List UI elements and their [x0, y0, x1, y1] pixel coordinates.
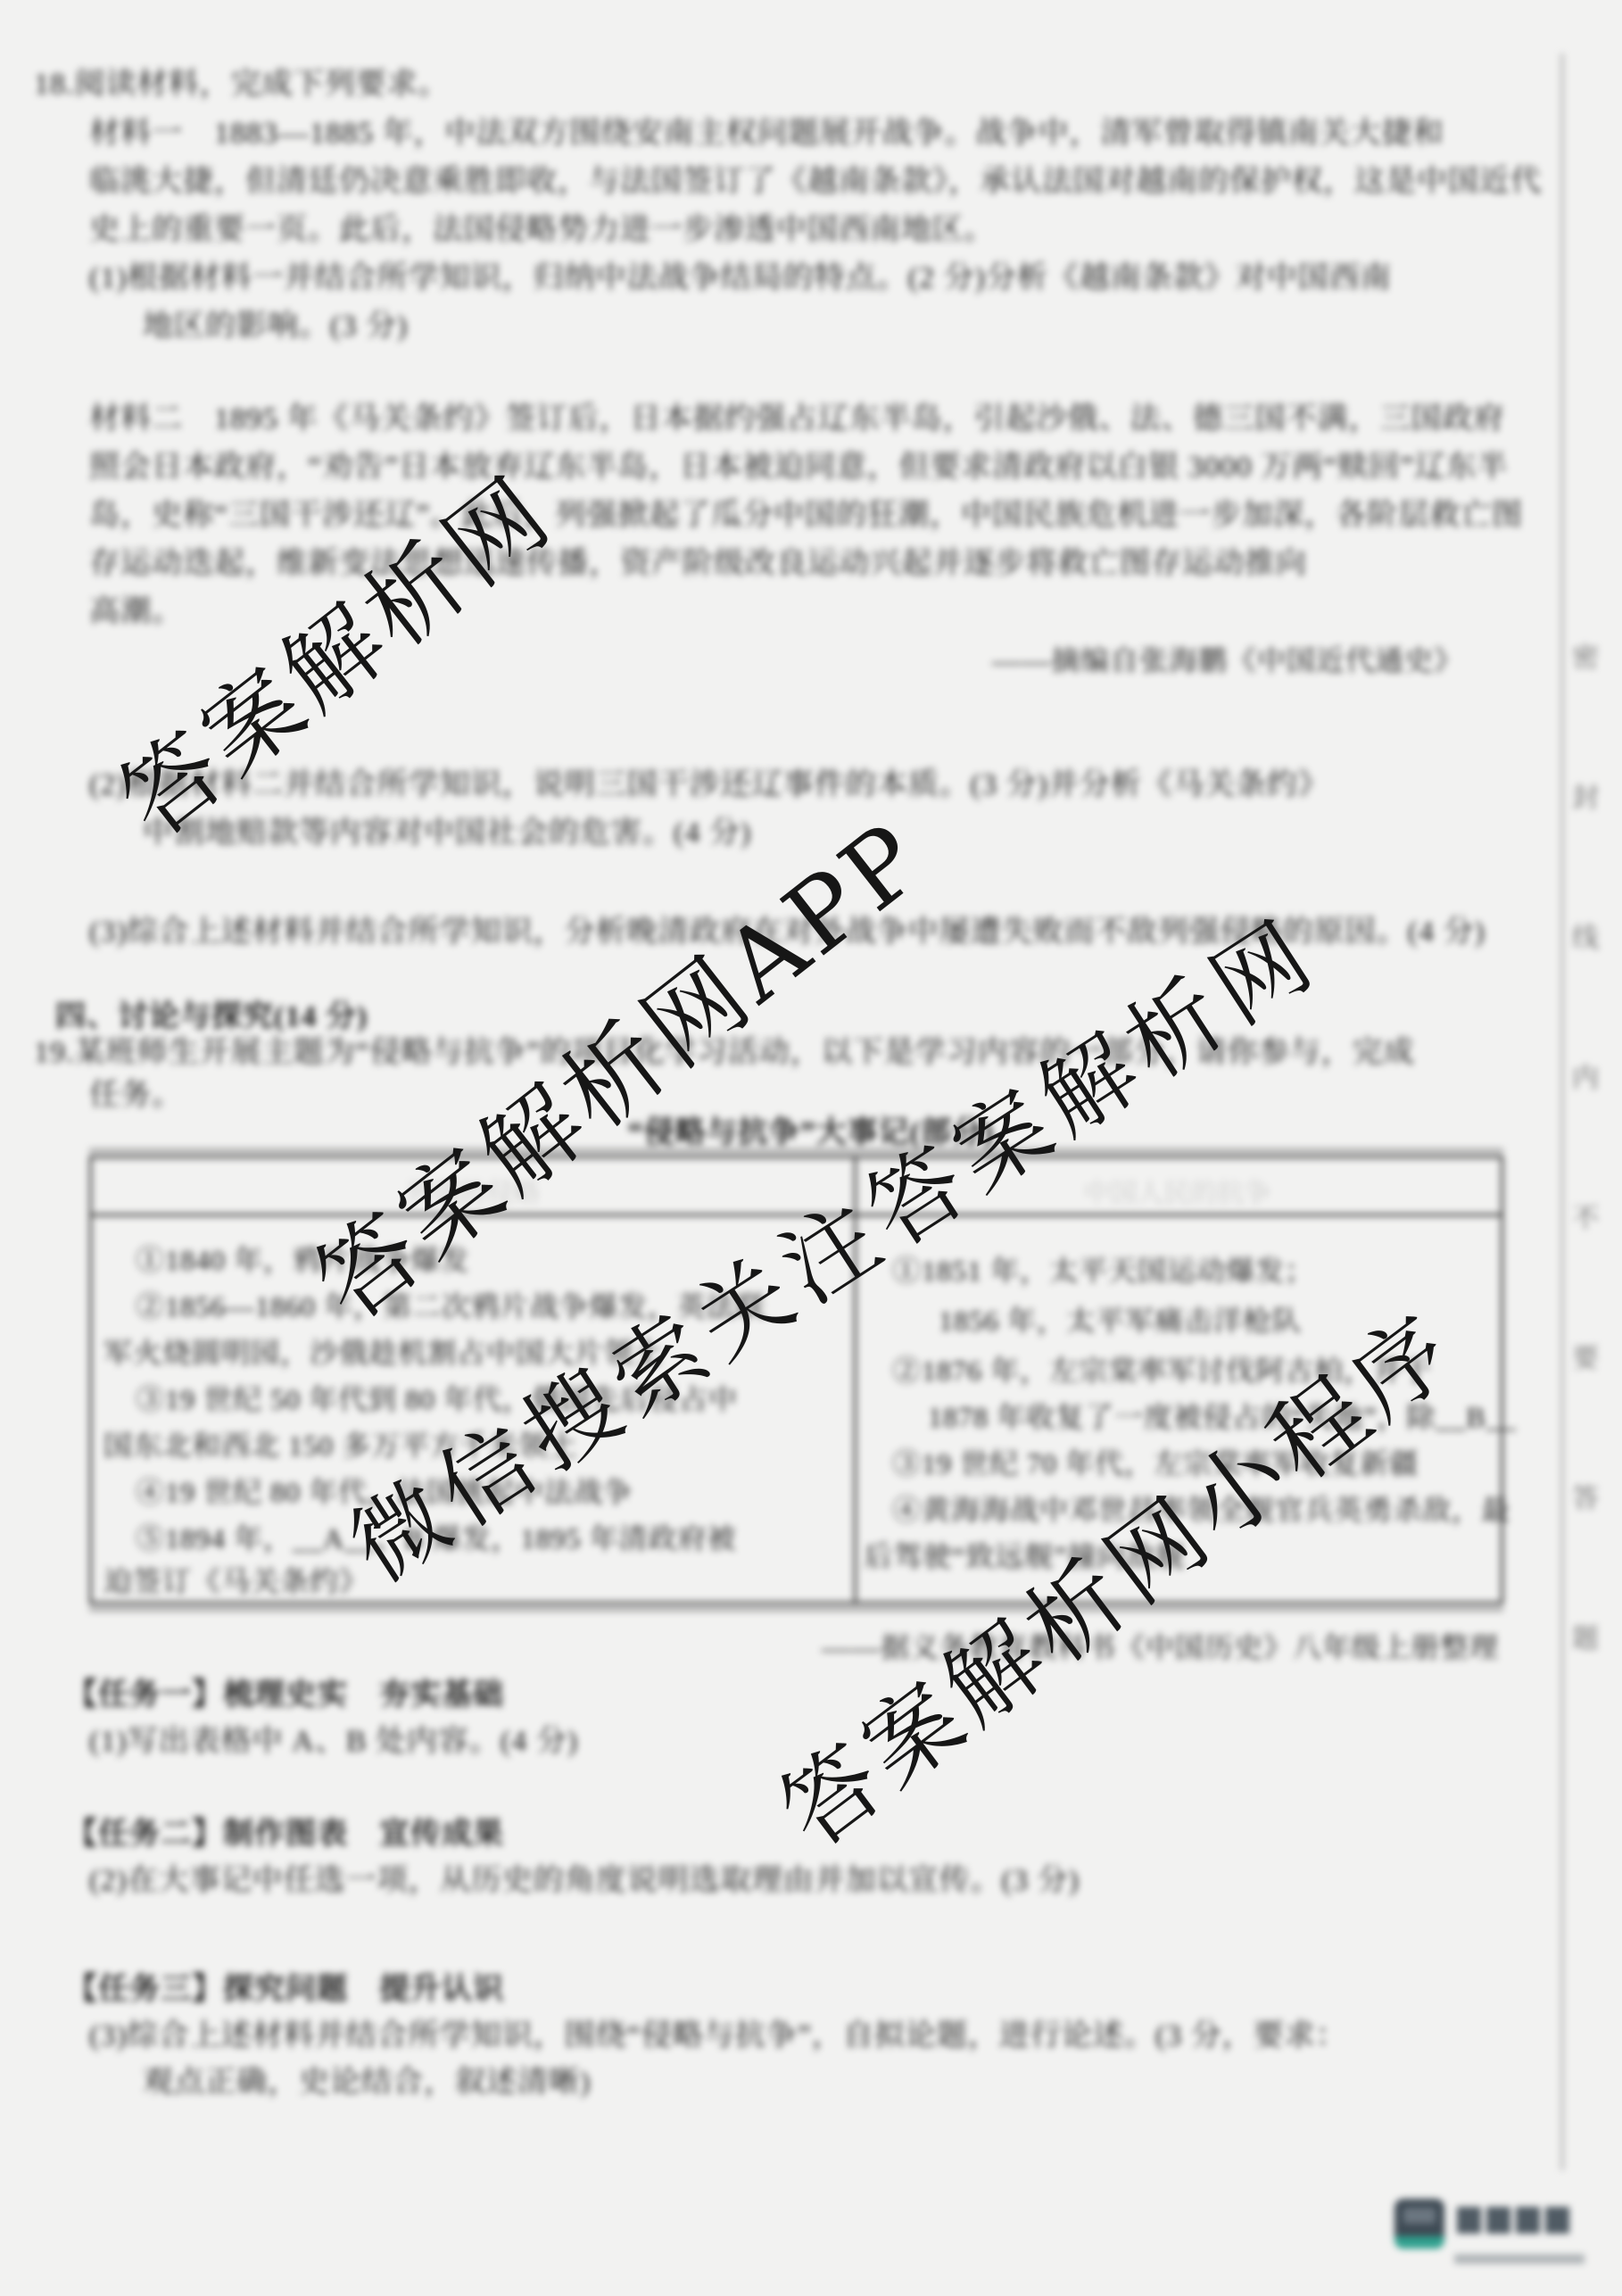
question-18-1: (1)根据材料一并结合所学知识，归纳中法战争结局的特点。(2 分)分析《越南条款… — [89, 261, 1392, 296]
binding-mark: 封 — [1572, 775, 1610, 815]
binding-mark: 题 — [1572, 1616, 1610, 1655]
table-row: 迫签订《马关条约》 — [103, 1563, 368, 1599]
binding-mark: 不 — [1572, 1196, 1610, 1235]
footer-logo-icon-glyph — [1403, 2208, 1436, 2224]
table-row: ①1851 年，太平天国运动爆发； — [892, 1253, 1314, 1289]
material2-line: 材料二 1895 年《马关条约》签订后，日本据约强占辽东半岛，引起沙俄、法、德三… — [89, 402, 1505, 437]
task-1-heading: 【任务一】梳理史实 夯实基础 — [67, 1678, 504, 1713]
question-19-2: (2)在大事记中任选一项，从历史的角度说明选取理由并加以宣传。(3 分) — [89, 1863, 1080, 1899]
table-border-echo — [89, 1149, 1503, 1151]
question-18-header: 18.阅读材料，完成下列要求。 — [34, 67, 450, 103]
footer-logo-wordmark — [1457, 2207, 1569, 2234]
question-19-3: (3)综合上述材料并结合所学知识，围绕“侵略与抗争”，自拟论题，进行论述。(3 … — [89, 2018, 1347, 2054]
footer-logo-subtext — [1454, 2254, 1585, 2264]
binding-mark: 要 — [1572, 1336, 1610, 1375]
question-18-2: 中割地赔款等内容对中国社会的危害。(4 分) — [143, 816, 751, 851]
material2-line: 岛，史称“三国干涉还辽”。此后，列强掀起了瓜分中国的狂潮，中国民族危机进一步加深… — [89, 498, 1523, 534]
table-title: “侵略与抗争”大事记(部分) — [0, 1115, 1622, 1151]
binding-mark: 线 — [1572, 916, 1610, 955]
scanned-exam-page: 18.阅读材料，完成下列要求。 材料一 1883—1885 年，中法双方围绕安南… — [0, 0, 1622, 2296]
question-19-3: 观点正确，史论结合，叙述清晰) — [143, 2065, 591, 2101]
binding-mark: 内 — [1572, 1056, 1610, 1095]
section-4-heading: 四、讨论与探究(14 分) — [55, 999, 368, 1035]
footer-logo-icon-accent — [1394, 2236, 1444, 2249]
table-row: 1856 年，太平军痛击洋枪队 — [939, 1303, 1302, 1339]
material1-line: 临洮大捷，但清廷仍决意乘胜即收，与法国签订了《越南条款》，承认法国对越南的保护权… — [89, 164, 1542, 200]
question-18-1: 地区的影响。(3 分) — [143, 309, 408, 344]
task-3-heading: 【任务三】探究问题 提升认识 — [67, 1972, 504, 2008]
binding-mark: 答 — [1572, 1476, 1610, 1515]
binding-mark: 密 — [1572, 635, 1610, 675]
material2-line: 高潮。 — [89, 594, 183, 630]
question-19-1: (1)写出表格中 A、B 处内容。(4 分) — [89, 1724, 578, 1760]
material1-line: 材料一 1883—1885 年，中法双方围绕安南主权问题展开战争。战争中，清军曾… — [89, 116, 1444, 152]
task-2-heading: 【任务二】制作图表 宣传成果 — [67, 1817, 504, 1853]
footer-logo-icon — [1394, 2199, 1444, 2249]
material1-line: 史上的重要一页。此后，法国侵略势力进一步渗透中国西南地区。 — [89, 212, 995, 248]
binding-line — [1561, 54, 1563, 2170]
material2-source: ——摘编自张海鹏《中国近代通史》 — [992, 642, 1463, 678]
material2-line: 存运动迭起，维新变法思想迅速传播，资产阶级改良运动兴起并逐步将救亡图存运动推向 — [89, 546, 1307, 582]
table-border-echo — [89, 1609, 1503, 1611]
question-19-intro: 任务。 — [89, 1078, 183, 1114]
material2-line: 照会日本政府，“劝告”日本放弃辽东半岛，日本被迫同意，但要求清政府以白银 300… — [89, 450, 1508, 485]
